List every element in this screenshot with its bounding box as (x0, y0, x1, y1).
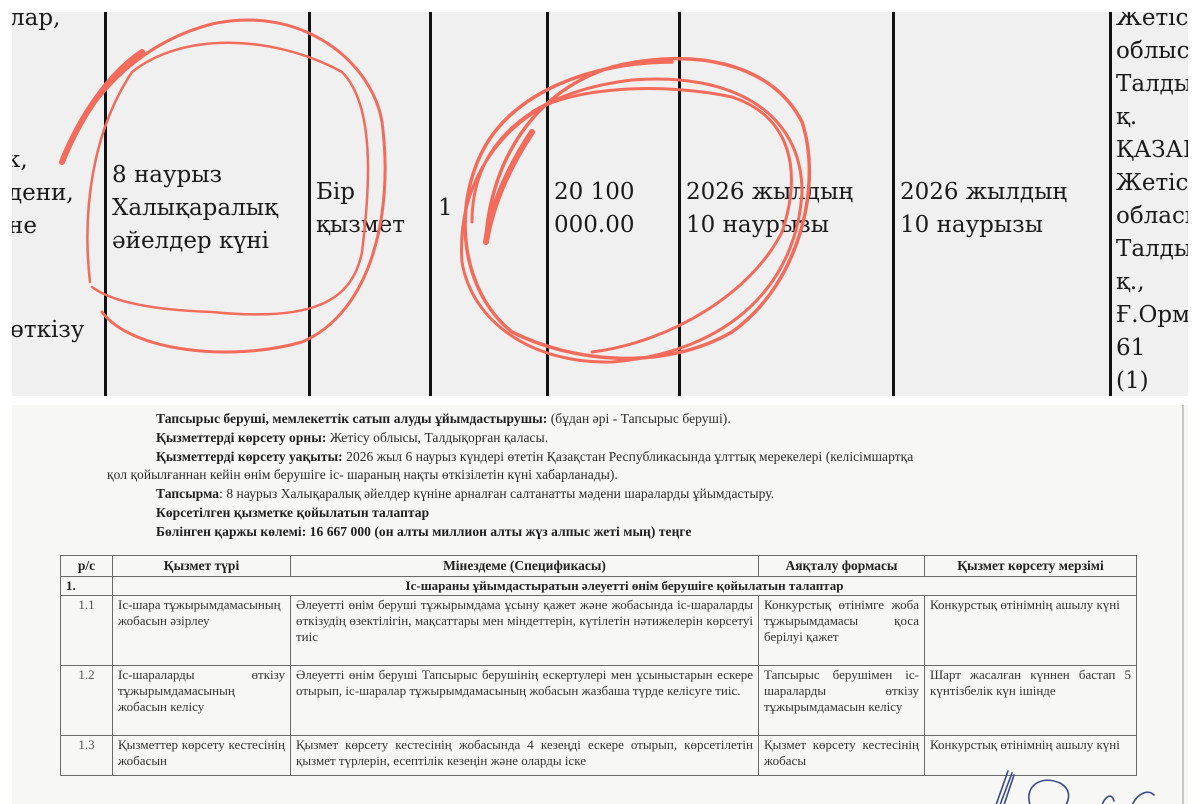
location-cell: Жетісу облысы Талдықорған қ. ҚАЗАҚСТАН Ж… (1116, 12, 1188, 396)
column-divider (1109, 12, 1112, 396)
row-term: Конкурстық өтінімнің ашылу күні (925, 596, 1137, 666)
column-divider (104, 12, 107, 396)
doc-line-task: Тапсырма: 8 наурыз Халықаралық әйелдер к… (156, 486, 774, 502)
web-procurement-table-screenshot: лар, к, дени, не өткізу 8 наурыз Халықар… (12, 12, 1188, 396)
row-type: Қызметтер көрсету кестесінің жобасын (113, 736, 291, 776)
table-row: 1.2 Іс-шараларды өткізу тұжырымдамасының… (61, 666, 1137, 736)
amount-cell: 20 100 000.00 (554, 176, 634, 242)
end-date-cell: 2026 жылдың 10 наурызы (900, 176, 1067, 242)
signature-scribble (982, 765, 1182, 804)
scan-edge (1182, 405, 1184, 804)
section-num: 1. (61, 577, 113, 596)
doc-line-requirements-heading: Көрсетілген қызметке қойылатын талаптар (156, 505, 429, 521)
scanned-technical-specification: Тапсырыс беруші, мемлекеттік сатып алуды… (12, 405, 1188, 804)
unit-cell: Бір қызмет (316, 176, 405, 242)
header-completion-form: Аяқталу формасы (759, 556, 925, 577)
left-fragment: өткізу (12, 314, 84, 347)
column-divider (308, 12, 311, 396)
column-divider (892, 12, 895, 396)
quantity-cell: 1 (438, 192, 453, 225)
header-service-term: Қызмет көрсету мерзімі (925, 556, 1137, 577)
table-row: 1.1 Іс-шара тұжырымдамасының жобасын әзі… (61, 596, 1137, 666)
row-spec: Әлеуетті өнім беруші тұжырымдама ұсыну қ… (291, 596, 759, 666)
row-form: Қызмет көрсету кестесінің жобасы (759, 736, 925, 776)
row-spec: Әлеуетті өнім беруші Тапсырыс берушінің … (291, 666, 759, 736)
row-form: Тапсырыс берушімен іс-шараларды өткізу т… (759, 666, 925, 736)
left-fragment: не (12, 210, 37, 243)
doc-line-budget: Бөлінген қаржы көлемі: 16 667 000 (он ал… (156, 524, 691, 540)
section-row: 1. Іс-шараны ұйымдастыратын әлеуетті өні… (61, 577, 1137, 596)
row-term: Шарт жасалған күннен бастап 5 күнтізбелі… (925, 666, 1137, 736)
row-form: Конкурстық өтінімге жоба тұжырымдамасы қ… (759, 596, 925, 666)
doc-line-customer: Тапсырыс беруші, мемлекеттік сатып алуды… (156, 411, 731, 427)
row-type: Іс-шараларды өткізу тұжырымдамасының жоб… (113, 666, 291, 736)
row-spec: Қызмет көрсету кестесінің жобасында 4 ке… (291, 736, 759, 776)
row-num: 1.3 (61, 736, 113, 776)
table-header-row: р/с Қызмет түрі Мінездеме (Спецификасы) … (61, 556, 1137, 577)
doc-line-time: Қызметтерді көрсету уақыты: 2026 жыл 6 н… (156, 449, 913, 465)
event-name-cell: 8 наурыз Халықаралық әйелдер күні (112, 159, 278, 258)
row-num: 1.2 (61, 666, 113, 736)
requirements-table: р/с Қызмет түрі Мінездеме (Спецификасы) … (60, 555, 1137, 776)
doc-line-time-cont: қол қойылғаннан кейін өнім берушіге іс- … (107, 467, 618, 483)
column-divider (429, 12, 432, 396)
start-date-cell: 2026 жылдың 10 наурызы (686, 176, 853, 242)
column-divider (678, 12, 681, 396)
left-fragment: к, (12, 144, 28, 177)
header-num: р/с (61, 556, 113, 577)
section-title: Іс-шараны ұйымдастыратын әлеуетті өнім б… (113, 577, 1137, 596)
header-service-type: Қызмет түрі (113, 556, 291, 577)
table-row: 1.3 Қызметтер көрсету кестесінің жобасын… (61, 736, 1137, 776)
row-num: 1.1 (61, 596, 113, 666)
row-type: Іс-шара тұжырымдамасының жобасын әзірлеу (113, 596, 291, 666)
column-divider (546, 12, 549, 396)
doc-line-location: Қызметтерді көрсету орны: Жетісу облысы,… (156, 430, 548, 446)
header-specification: Мінездеме (Спецификасы) (291, 556, 759, 577)
left-fragment: дени, (12, 177, 74, 210)
left-fragment: лар, (12, 12, 60, 35)
